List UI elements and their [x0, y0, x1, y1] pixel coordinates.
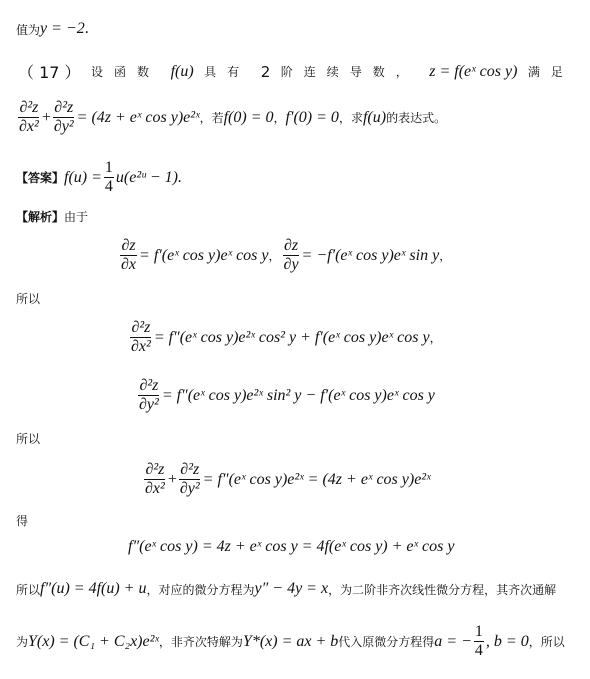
math: f(u) =	[64, 169, 102, 187]
paragraph-solution: 为 Y(x) = (C₁ + C₂x)e²ˣ ，非齐次特解为 Y*(x) = a…	[16, 624, 565, 659]
denominator: 4	[474, 642, 484, 659]
text: ，若	[200, 109, 224, 126]
math: Y*(x) = ax + b	[243, 633, 338, 651]
text: 具有	[204, 63, 250, 80]
math: z = f(eˣ cos y)	[429, 63, 517, 81]
text: ，	[430, 329, 442, 346]
text: 为	[16, 633, 28, 650]
answer-label: 【答案】	[16, 169, 64, 186]
denominator: ∂y²	[53, 118, 75, 135]
text: 的表达式。	[386, 109, 446, 126]
fraction: 1 4	[474, 624, 484, 659]
problem-statement-line-1: （ 17 ） 设函数 f(u) 具有 2 阶连续导数， z = f(eˣ cos…	[18, 60, 574, 83]
math: , b = 0	[486, 633, 529, 651]
denominator: ∂x²	[18, 118, 40, 135]
denominator: ∂y	[283, 256, 300, 273]
equation-second-derivative-y: ∂²z ∂y² = f″(eˣ cos y)e²ˣ sin² y − f′(eˣ…	[136, 378, 435, 413]
equation-first-derivatives: ∂z ∂x = f′(eˣ cos y)eˣ cos y ， ∂z ∂y = −…	[118, 238, 451, 273]
text: 代入原微分方程得	[338, 633, 434, 650]
text: 由于	[64, 208, 88, 225]
answer-line: 【答案】 f(u) = 1 4 u(e²ᵘ − 1).	[16, 160, 182, 195]
plus: +	[168, 471, 177, 489]
math: = f″(eˣ cos y)e²ˣ = (4z + eˣ cos y)e²ˣ	[203, 471, 431, 489]
text: 阶连续导数，	[281, 63, 419, 80]
text: ，为二阶非齐次线性微分方程，其齐次通解	[328, 581, 556, 598]
analysis-heading: 【解析】 由于	[16, 208, 88, 225]
fraction: 1 4	[104, 160, 114, 195]
fraction: ∂²z ∂y²	[138, 378, 160, 413]
denominator: ∂y²	[179, 480, 201, 497]
fraction: ∂²z ∂y²	[179, 462, 201, 497]
numerator: ∂²z	[53, 100, 74, 118]
denominator: ∂x	[120, 256, 137, 273]
math: u(e²ᵘ − 1).	[116, 169, 182, 187]
math: f″(u) = 4f(u) + u	[40, 580, 146, 598]
text: 得	[16, 512, 28, 529]
math: = f′(eˣ cos y)eˣ cos y	[139, 247, 269, 265]
math: y = −2	[40, 20, 85, 38]
text: 值为	[16, 21, 40, 38]
math: f(0) = 0	[224, 109, 274, 127]
previous-answer-line: 值为 y = −2 .	[16, 20, 89, 38]
text: ，所以	[529, 633, 565, 650]
math: = f″(eˣ cos y)e²ˣ sin² y − f′(eˣ cos y)e…	[162, 387, 435, 405]
get-line: 得	[16, 512, 28, 529]
problem-number: （ 17 ）	[18, 60, 81, 83]
fraction: ∂²z ∂x²	[18, 100, 40, 135]
math: Y(x) = (C₁ + C₂x)e²ˣ	[28, 633, 159, 651]
numerator: ∂z	[120, 238, 136, 256]
so-line-1: 所以	[16, 290, 40, 307]
text: 2	[261, 63, 271, 81]
math: = −f′(eˣ cos y)eˣ sin y	[302, 247, 440, 265]
math: f′(0) = 0	[286, 109, 339, 127]
text: ，对应的微分方程为	[146, 581, 254, 598]
math: y″ − 4y = x	[255, 580, 329, 598]
numerator: ∂²z	[138, 378, 159, 396]
math: f(u)	[171, 63, 194, 81]
numerator: 1	[474, 624, 484, 642]
plus: +	[42, 109, 51, 127]
so-line-2: 所以	[16, 430, 40, 447]
numerator: ∂²z	[130, 320, 151, 338]
denominator: 4	[104, 178, 114, 195]
equation-f-second: f″(eˣ cos y) = 4z + eˣ cos y = 4f(eˣ cos…	[128, 538, 454, 556]
math: a = −	[434, 633, 472, 651]
text: 满足	[528, 63, 574, 80]
fraction: ∂²z ∂y²	[53, 100, 75, 135]
fraction: ∂²z ∂x²	[144, 462, 166, 497]
denominator: ∂x²	[144, 480, 166, 497]
denominator: ∂y²	[138, 396, 160, 413]
numerator: 1	[104, 160, 114, 178]
text: ，	[439, 247, 451, 264]
fraction: ∂z ∂y	[283, 238, 300, 273]
denominator: ∂x²	[130, 338, 152, 355]
math: f(u)	[363, 109, 386, 127]
equation-second-derivative-x: ∂²z ∂x² = f″(eˣ cos y)e²ˣ cos² y + f′(eˣ…	[128, 320, 442, 355]
fraction: ∂z ∂x	[120, 238, 137, 273]
text: 设函数	[91, 63, 160, 80]
text: .	[85, 20, 89, 38]
text: 所以	[16, 290, 40, 307]
numerator: ∂z	[283, 238, 299, 256]
math: = (4z + eˣ cos y)e²ˣ	[77, 109, 200, 127]
text: 所以	[16, 581, 40, 598]
math: f″(eˣ cos y) = 4z + eˣ cos y = 4f(eˣ cos…	[128, 538, 454, 556]
math: = f″(eˣ cos y)e²ˣ cos² y + f′(eˣ cos y)e…	[154, 329, 430, 347]
text: 所以	[16, 430, 40, 447]
text: ，	[269, 247, 281, 264]
numerator: ∂²z	[179, 462, 200, 480]
analysis-label: 【解析】	[16, 208, 64, 225]
paragraph-ode: 所以 f″(u) = 4f(u) + u ，对应的微分方程为 y″ − 4y =…	[16, 580, 556, 598]
fraction: ∂²z ∂x²	[130, 320, 152, 355]
numerator: ∂²z	[144, 462, 165, 480]
text: ，求	[339, 109, 363, 126]
problem-statement-line-2: ∂²z ∂x² + ∂²z ∂y² = (4z + eˣ cos y)e²ˣ ，…	[16, 100, 446, 135]
numerator: ∂²z	[18, 100, 39, 118]
text: ，非齐次特解为	[159, 633, 243, 650]
equation-laplacian: ∂²z ∂x² + ∂²z ∂y² = f″(eˣ cos y)e²ˣ = (4…	[142, 462, 431, 497]
text: ，	[274, 109, 286, 126]
